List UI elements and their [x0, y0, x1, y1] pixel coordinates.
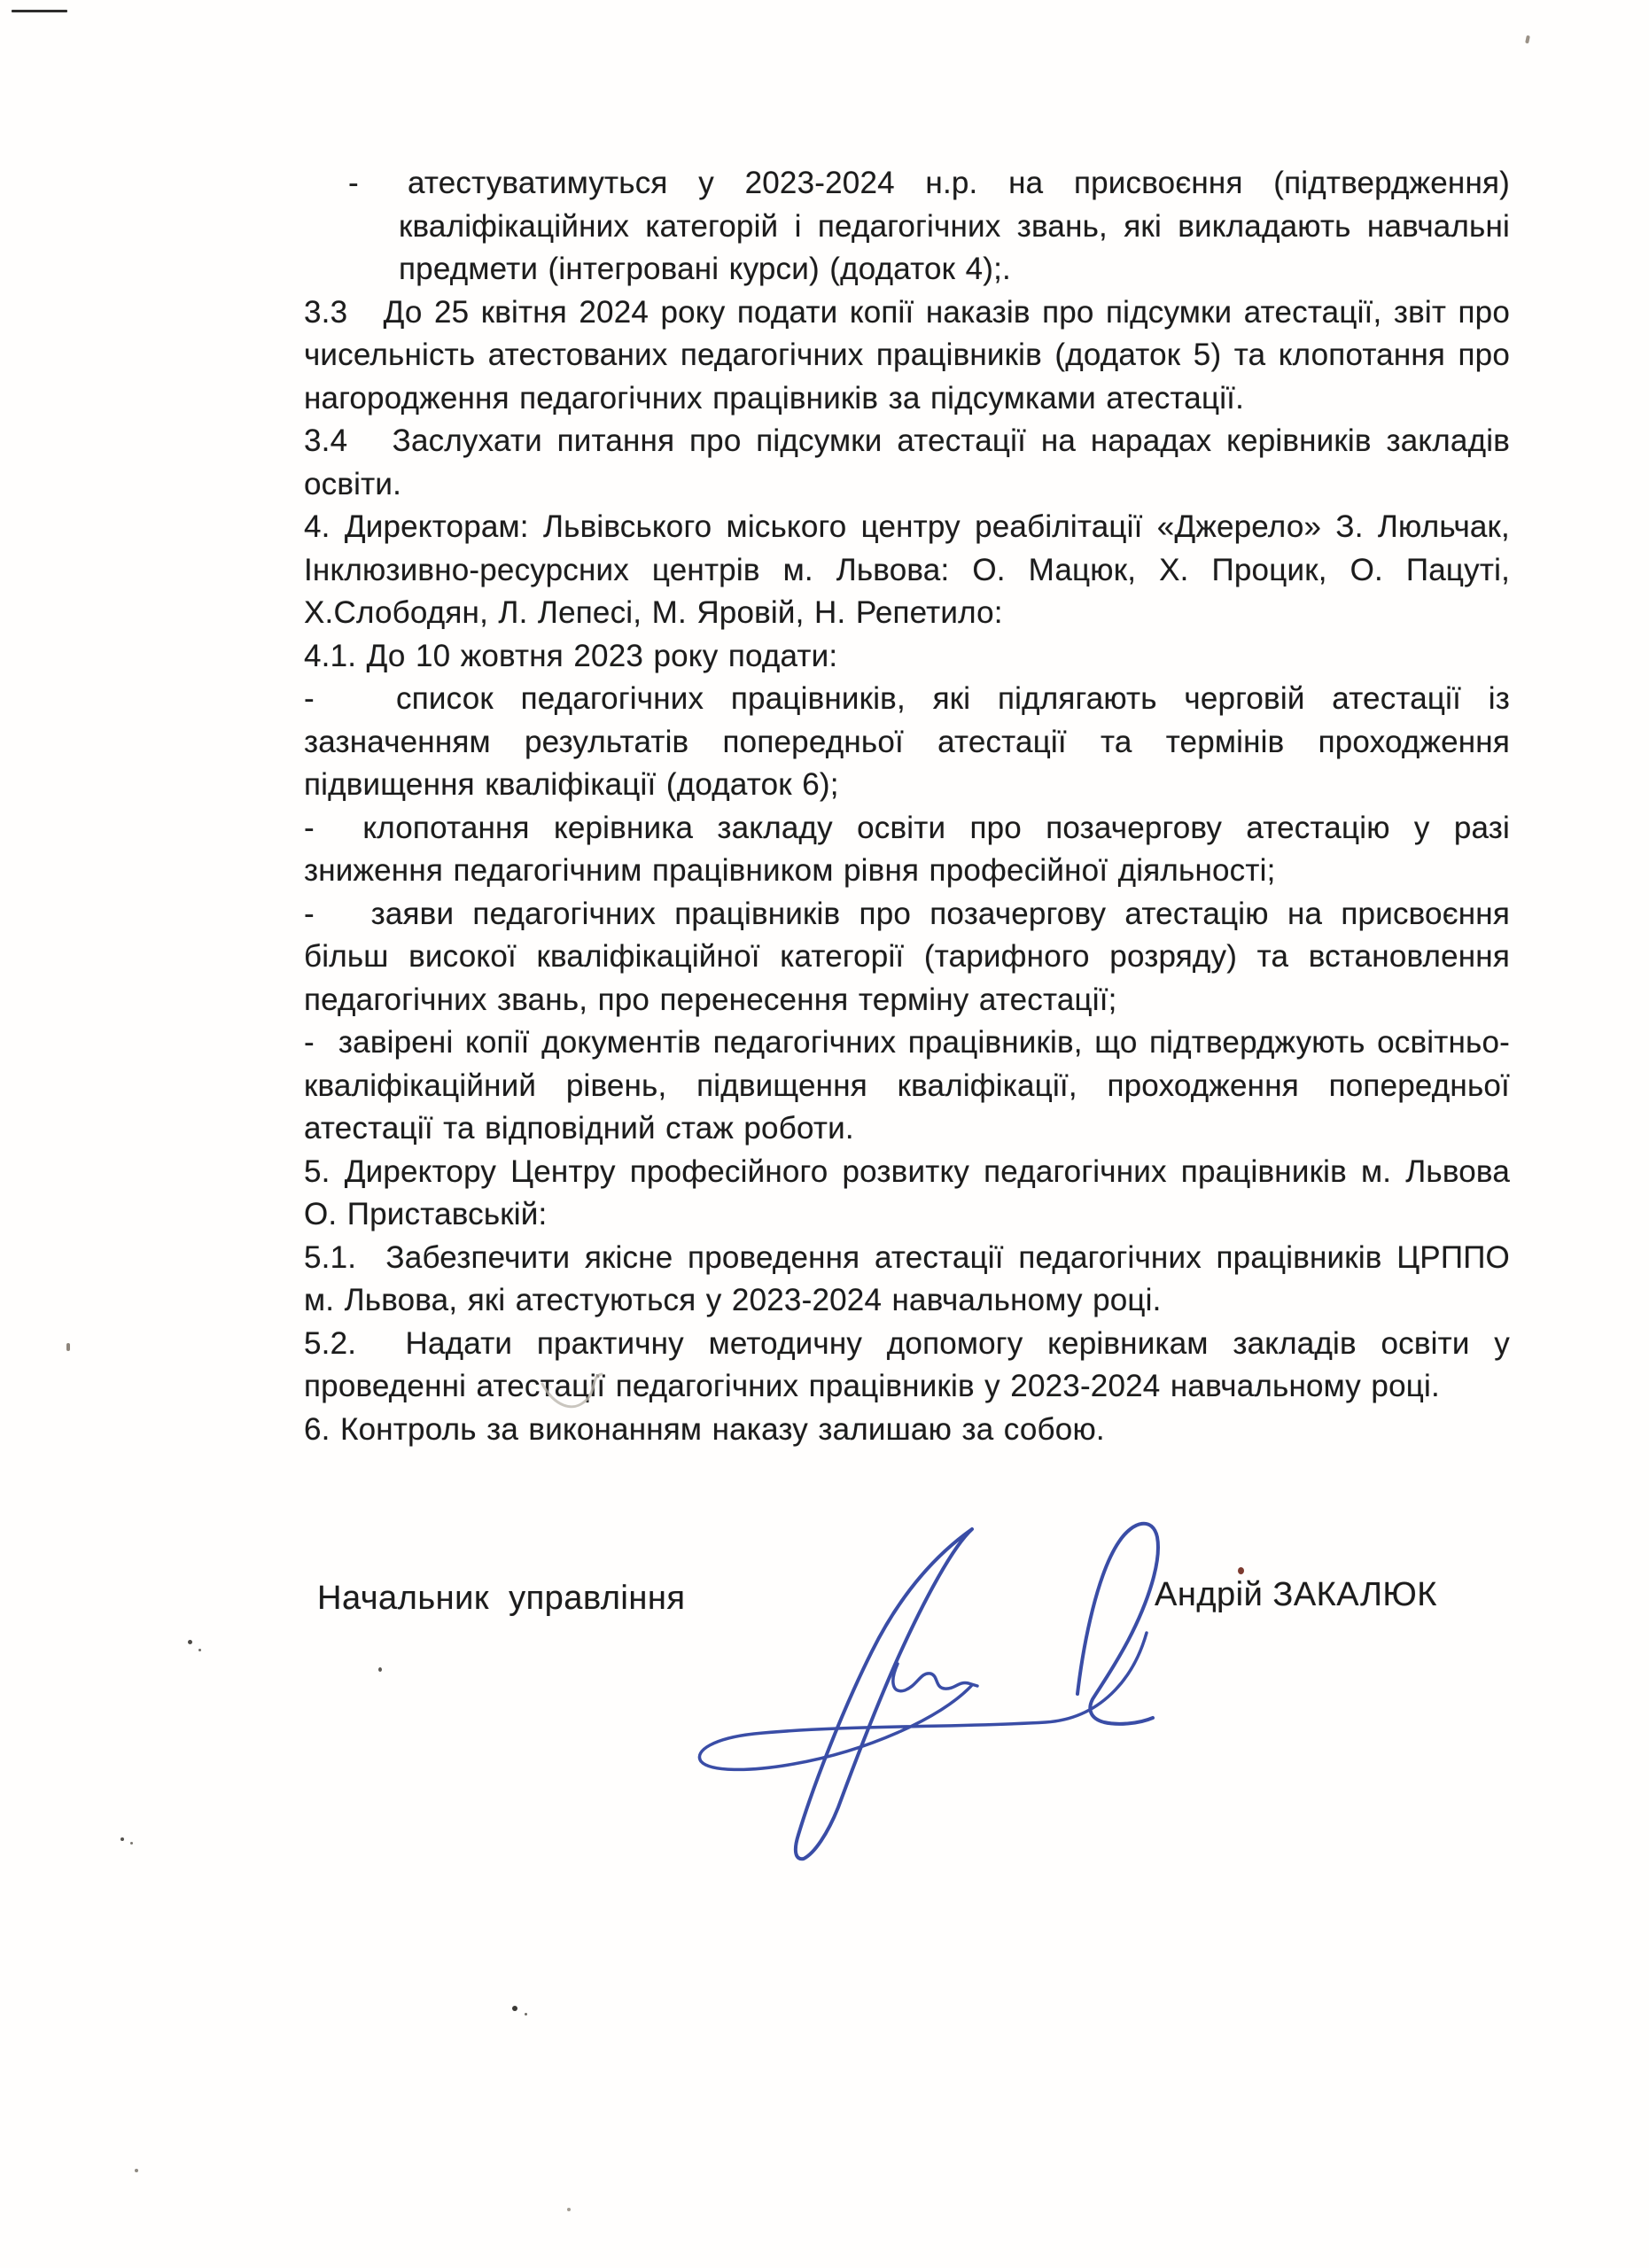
list-dash-marker: - [348, 162, 359, 206]
scan-speck [198, 1649, 201, 1651]
scan-speck [135, 2169, 138, 2172]
signature-strokes [699, 1524, 1158, 1860]
scan-artifact-line [12, 10, 67, 12]
document-body: -атестуватимуться у 2023-2024 н.р. на пр… [304, 162, 1510, 1451]
scanned-document-page: -атестуватимуться у 2023-2024 н.р. на пр… [0, 0, 1649, 2268]
paragraph: 3.4 Заслухати питання про підсумки атест… [304, 420, 1510, 506]
scan-speck [567, 2208, 571, 2211]
paragraph: 3.3 До 25 квітня 2024 року подати копії … [304, 291, 1510, 421]
scan-speck [130, 1842, 133, 1845]
scan-speck [121, 1837, 124, 1841]
paragraph: - завірені копії документів педагогічних… [304, 1021, 1510, 1151]
paragraph: 4.1. До 10 жовтня 2023 року подати: [304, 635, 1510, 679]
paragraph: 5. Директору Центру професійного розвитк… [304, 1151, 1510, 1237]
paragraph: 4. Директорам: Львівського міського цент… [304, 506, 1510, 635]
scan-speck [66, 1343, 70, 1351]
paragraph: - заяви педагогічних працівників про поз… [304, 893, 1510, 1022]
signer-name-label: Андрій ЗАКАЛЮК [1155, 1576, 1437, 1614]
scan-speck [512, 2006, 517, 2011]
signer-role-label: Начальник управління [317, 1580, 685, 1618]
paragraph: 5.2. Надати практичну методичну допомогу… [304, 1323, 1510, 1409]
scan-speck [378, 1667, 382, 1672]
paragraph: - клопотання керівника закладу освіти пр… [304, 807, 1510, 893]
scan-speck [188, 1640, 192, 1644]
scan-speck [1525, 35, 1530, 44]
paragraph: -атестуватимуться у 2023-2024 н.р. на пр… [304, 162, 1510, 291]
paragraph: 6. Контроль за виконанням наказу залишаю… [304, 1409, 1510, 1452]
scan-speck [525, 2013, 527, 2016]
scan-speck-red [1238, 1567, 1244, 1574]
paragraph: 5.1. Забезпечити якісне проведення атест… [304, 1237, 1510, 1323]
paragraph: - список педагогічних працівників, які п… [304, 678, 1510, 807]
